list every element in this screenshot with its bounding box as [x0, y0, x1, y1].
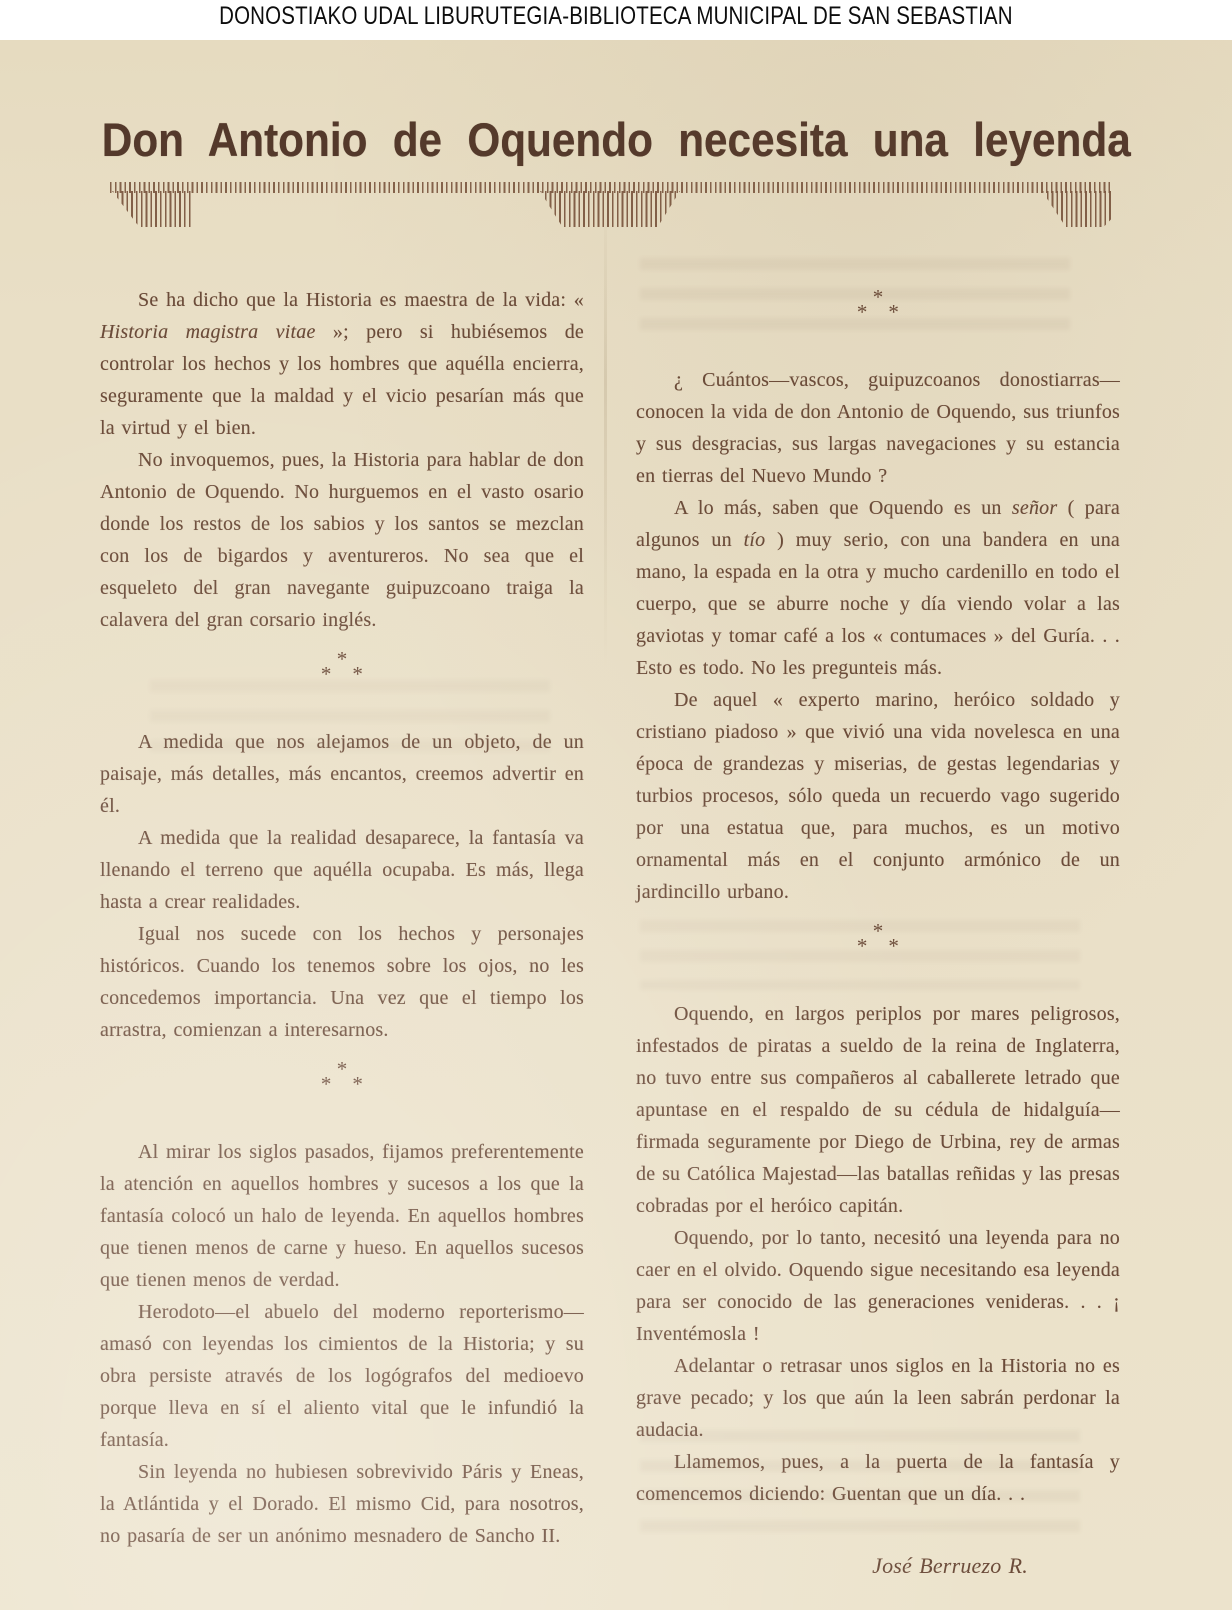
italic-phrase: Historia magistra vitae — [100, 321, 316, 343]
asterisk-separator: ** * — [636, 290, 1120, 320]
article-title: Don Antonio de Oquendo necesita una leye… — [100, 40, 1018, 168]
separator-asterisks-bottom: * * — [100, 667, 584, 682]
paragraph: No invoquemos, pues, la Historia para ha… — [100, 444, 584, 636]
scanned-page: Don Antonio de Oquendo necesita una leye… — [0, 40, 1232, 1610]
asterisk-separator: ** * — [100, 1062, 584, 1092]
rule-ornament-center — [540, 191, 680, 227]
author-signature: José Berruezo R. — [636, 1550, 1120, 1582]
library-header-text: DONOSTIAKO UDAL LIBURUTEGIA-BIBLIOTECA M… — [219, 0, 1013, 32]
text-run: Se ha dicho que la Historia es maestra d… — [138, 289, 584, 311]
separator-asterisks-bottom: * * — [636, 939, 1120, 954]
text-run: De aquel « experto marino, heróico solda… — [636, 689, 1120, 903]
text-run: Al mirar los siglos pasados, fijamos pre… — [100, 1141, 584, 1291]
text-run: A medida que nos alejamos de un objeto, … — [100, 731, 584, 817]
paragraph: Oquendo, en largos periplos por mares pe… — [636, 998, 1120, 1222]
paragraph: Al mirar los siglos pasados, fijamos pre… — [100, 1136, 584, 1296]
separator-asterisks-bottom: * * — [100, 1077, 584, 1092]
text-run: A medida que la realidad desaparece, la … — [100, 827, 584, 913]
paragraph: Oquendo, por lo tanto, necesitó una leye… — [636, 1222, 1120, 1350]
left-column: Se ha dicho que la Historia es maestra d… — [100, 284, 584, 1582]
paragraph: Sin leyenda no hubiesen sobrevivido Pári… — [100, 1456, 584, 1552]
text-run: A lo más, saben que Oquendo es un — [674, 497, 1012, 519]
paragraph: De aquel « experto marino, heróico solda… — [636, 684, 1120, 908]
paragraph: Llamemos, pues, a la puerta de la fantas… — [636, 1446, 1120, 1510]
paragraph: ¿ Cuántos—vascos, guipuzcoanos donostiar… — [636, 364, 1120, 492]
asterisk-separator: ** * — [100, 652, 584, 682]
text-run: No invoquemos, pues, la Historia para ha… — [100, 449, 584, 631]
text-run: Igual nos sucede con los hechos y person… — [100, 923, 584, 1041]
article-body: Se ha dicho que la Historia es maestra d… — [100, 284, 1120, 1582]
library-stamp-band: DONOSTIAKO UDAL LIBURUTEGIA-BIBLIOTECA M… — [0, 0, 1232, 40]
paragraph: Adelantar o retrasar unos siglos en la H… — [636, 1350, 1120, 1446]
text-run: Adelantar o retrasar unos siglos en la H… — [636, 1355, 1120, 1441]
text-run: Llamemos, pues, a la puerta de la fantas… — [636, 1451, 1120, 1505]
paragraph: Se ha dicho que la Historia es maestra d… — [100, 284, 584, 444]
paragraph: Igual nos sucede con los hechos y person… — [100, 918, 584, 1046]
text-run: Oquendo, por lo tanto, necesitó una leye… — [636, 1227, 1120, 1345]
text-run: ¿ Cuántos—vascos, guipuzcoanos donostiar… — [636, 369, 1120, 487]
text-run: Sin leyenda no hubiesen sobrevivido Pári… — [100, 1461, 584, 1547]
text-run: Herodoto—el abuelo del moderno reporteri… — [100, 1301, 584, 1451]
text-run: ) muy serio, con una bandera en una mano… — [636, 529, 1120, 679]
text-run: Oquendo, en largos periplos por mares pe… — [636, 1003, 1120, 1217]
asterisk-separator: ** * — [636, 924, 1120, 954]
paragraph: A medida que nos alejamos de un objeto, … — [100, 726, 584, 822]
italic-phrase: tío — [744, 529, 766, 551]
rule-ornament-right — [1042, 191, 1112, 227]
paragraph: A lo más, saben que Oquendo es un señor … — [636, 492, 1120, 684]
separator-asterisks-bottom: * * — [636, 305, 1120, 320]
italic-phrase: señor — [1012, 497, 1057, 519]
paragraph: A medida que la realidad desaparece, la … — [100, 822, 584, 918]
rule-ornament-left — [112, 191, 192, 227]
paragraph: Herodoto—el abuelo del moderno reporteri… — [100, 1296, 584, 1456]
right-column: ** *¿ Cuántos—vascos, guipuzcoanos donos… — [636, 284, 1120, 1582]
ornamental-rule — [110, 182, 1112, 232]
